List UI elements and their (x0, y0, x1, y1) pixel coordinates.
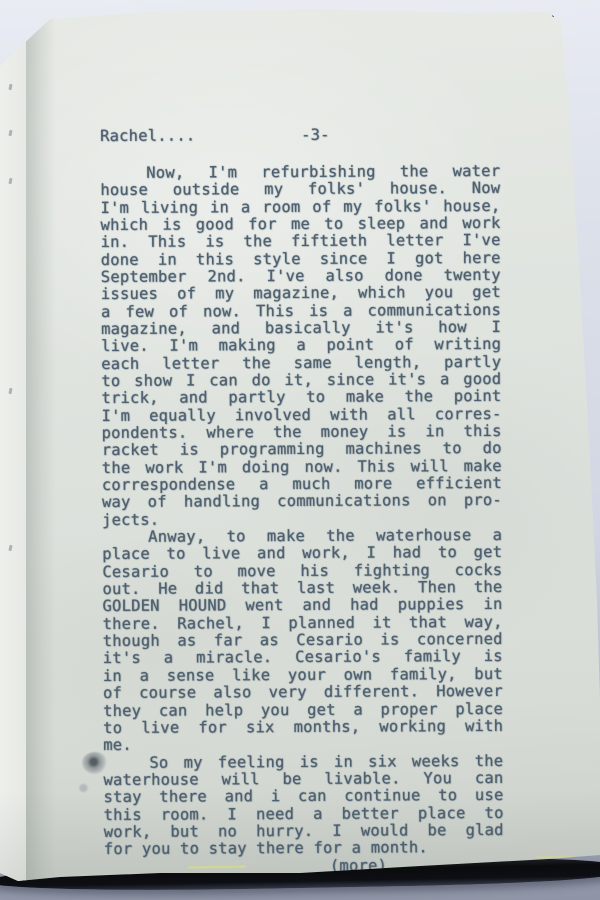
paper-stain (78, 783, 89, 793)
typed-line: way of handling communications on pro- (102, 492, 502, 511)
typed-line: to live for six months, working with (103, 718, 503, 737)
page-number: -3- (301, 127, 330, 144)
spine-crease-shadow (26, 0, 56, 900)
typed-line: for you to stay there for a month. (104, 839, 504, 858)
addressee-label: Rachel.... (100, 127, 195, 145)
edge-highlight (536, 856, 572, 859)
typed-lines: Now, I'm refurbishing the waterhouse out… (100, 163, 504, 876)
typed-text-block: Rachel.... -3- Now, I'm refurbishing the… (100, 126, 504, 876)
paper-speck (552, 12, 559, 17)
photographed-letter-scene: Rachel.... -3- Now, I'm refurbishing the… (0, 0, 600, 900)
spine-fore-edge (0, 0, 26, 900)
letter-page: Rachel.... -3- Now, I'm refurbishing the… (0, 0, 600, 900)
page-header: Rachel.... -3- (100, 126, 500, 145)
